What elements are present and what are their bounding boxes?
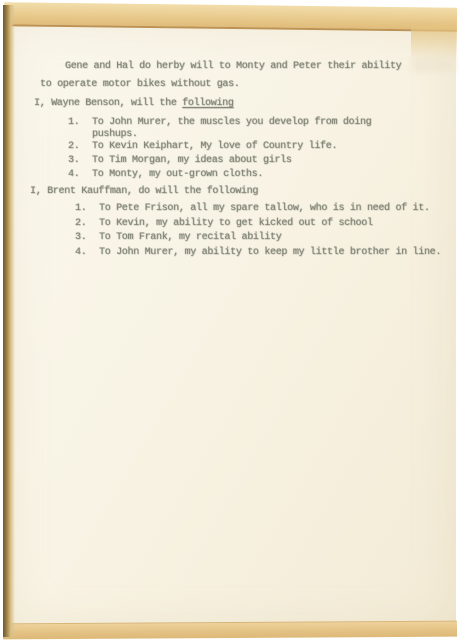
list-item: 3.To Tim Morgan, my ideas about girls xyxy=(68,155,292,167)
list-item-number: 3. xyxy=(75,232,99,244)
list-item: 1.To John Murer, the muscles you develop… xyxy=(68,117,371,129)
list-item: 3.To Tom Frank, my recital ability xyxy=(75,232,281,244)
erasure-smudge xyxy=(412,58,456,72)
album-page-corner-wedge xyxy=(411,26,457,62)
section1-heading-underlined-word: following xyxy=(182,98,233,109)
list-item-number: 4. xyxy=(75,247,99,259)
section1-heading-text: I, Wayne Benson, will the xyxy=(34,98,182,109)
list-item-text: To Kevin Keiphart, My love of Country li… xyxy=(92,141,337,152)
list-item: 1.To Pete Frison, all my spare tallow, w… xyxy=(75,203,430,215)
list-item: 2.To Kevin, my ability to get kicked out… xyxy=(75,218,373,230)
section2-heading: I, Brent Kauffman, do will the following xyxy=(30,186,258,198)
scanned-document-page: Gene and Hal do herby will to Monty and … xyxy=(0,0,459,640)
intro-line-2: to operate motor bikes without gas. xyxy=(40,79,240,91)
list-item: 2.To Kevin Keiphart, My love of Country … xyxy=(68,141,337,153)
list-item-continuation: pushups. xyxy=(92,129,138,141)
list-item-number: 1. xyxy=(75,203,99,215)
section1-heading: I, Wayne Benson, will the following xyxy=(34,98,234,110)
book-spine-shadow xyxy=(3,5,15,637)
intro-line-1: Gene and Hal do herby will to Monty and … xyxy=(65,61,401,73)
list-item-number: 3. xyxy=(68,155,92,167)
list-item: 4.To John Murer, my ability to keep my l… xyxy=(75,247,441,259)
list-item-text: To Tim Morgan, my ideas about girls xyxy=(92,155,292,166)
list-item-number: 4. xyxy=(68,169,92,181)
typed-paper-sheet xyxy=(5,20,456,630)
list-item-number: 2. xyxy=(68,141,92,153)
list-item-text: To Tom Frank, my recital ability xyxy=(99,232,281,243)
list-item-text: To John Murer, my ability to keep my lit… xyxy=(99,247,441,258)
list-item: 4.To Monty, my out-grown cloths. xyxy=(68,169,263,181)
list-item-text: To Kevin, my ability to get kicked out o… xyxy=(99,218,373,229)
list-item-text: To Monty, my out-grown cloths. xyxy=(92,169,263,180)
list-item-text: To John Murer, the muscles you develop f… xyxy=(92,117,371,128)
album-page-bottom-band xyxy=(3,621,457,640)
list-item-number: 2. xyxy=(75,218,99,230)
list-item-text: To Pete Frison, all my spare tallow, who… xyxy=(99,203,430,214)
list-item-number: 1. xyxy=(68,117,92,129)
